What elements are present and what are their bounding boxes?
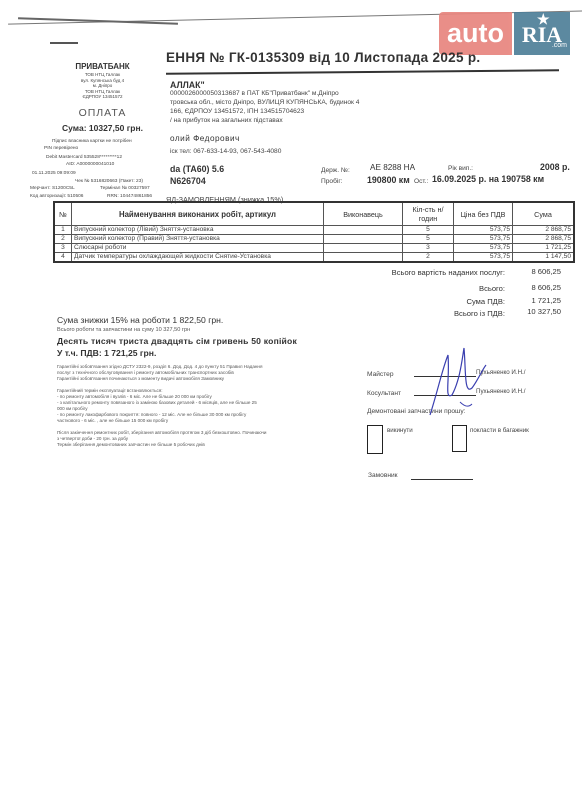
row-no: 2 [54, 235, 72, 244]
ria-domain: .com [552, 23, 567, 69]
last-visit-label: Ост.: [414, 178, 428, 185]
receipt-sum: Сума: 10327,50 грн. [40, 122, 165, 134]
mileage-value: 190800 км [367, 175, 410, 185]
discount-summary: Сума знижки 15% на роботи 1 822,50 грн. [57, 315, 223, 325]
receipt-address-5: ЄДРПОУ 13451572 [40, 94, 165, 100]
row-name: Випускний колектор (Правий) Зняття-устан… [72, 235, 324, 244]
total-with-vat-value: 10 327,50 [491, 307, 561, 316]
pos-receipt: ПРИВАТБАНК ТОВ НТЦ Галлак вул. Купянська… [40, 62, 165, 134]
row-executor [324, 253, 403, 263]
receipt-card: Debit Mastercard 535528*********12 [46, 155, 122, 160]
client-phone: іск тел: 067-633-14-93, 067-543-4080 [170, 148, 281, 155]
company-bank-account: 0000026000050313687 в ПАТ КБ"Приватбанк"… [170, 90, 339, 97]
star-icon: ★ [537, 0, 550, 44]
col-no: № [54, 202, 72, 226]
row-sum: 1 147,50 [513, 253, 575, 263]
car-vin: N626704 [170, 176, 206, 186]
autoria-watermark-ria: ★ RIA .com [514, 12, 570, 55]
row-name: Датчик температуры охлаждающей жидкости … [72, 253, 324, 263]
row-executor [324, 226, 403, 235]
mileage-label: Пробіг: [321, 178, 343, 185]
row-executor [324, 235, 403, 244]
consultant-label: Косультант [367, 390, 401, 397]
scan-artifact [50, 42, 78, 44]
document-title: ЕННЯ № ГК-0135309 від 10 Листопада 2025 … [166, 50, 480, 65]
row-price: 573,75 [454, 235, 513, 244]
row-name: Слюсарні роботи [72, 244, 324, 253]
trunk-parts-label: покласти в багажник [470, 427, 529, 434]
row-price: 573,75 [454, 226, 513, 235]
customer-label: Замовник [368, 472, 398, 479]
last-visit-value: 16.09.2025 р. на 190758 км [432, 174, 544, 184]
works-table: № Найменування виконаних робіт, артикул … [53, 201, 575, 263]
receipt-rrn: RRN: 104474861856 [107, 194, 152, 199]
receipt-signature-note: Підпис власника картки не потрібен [52, 139, 132, 144]
col-name: Найменування виконаних робіт, артикул [72, 202, 324, 226]
car-model: da (TA60) 5.6 [170, 164, 224, 174]
receipt-aid: AID: A0000000041010 [66, 162, 114, 167]
discard-parts-checkbox[interactable] [367, 425, 383, 454]
customer-signature-line [411, 479, 473, 480]
warranty-terms: Гарантійні зобов'язання згідно ДСТУ 2322… [57, 364, 267, 448]
row-sum: 2 868,75 [513, 226, 575, 235]
company-address: тровська обл., місто Дніпро, ВУЛИЦЯ КУПЯ… [170, 99, 359, 106]
receipt-terminal: Термінал № 00327597 [100, 186, 150, 191]
table-header-row: № Найменування виконаних робіт, артикул … [54, 202, 574, 226]
vat-value: 1 721,25 [491, 296, 561, 305]
receipt-auth-code: Код авторизації: 510506 [30, 194, 83, 199]
row-no: 3 [54, 244, 72, 253]
plate-label: Держ. №: [321, 167, 350, 174]
row-no: 4 [54, 253, 72, 263]
year-value: 2008 р. [540, 162, 570, 172]
row-sum: 1 721,25 [513, 244, 575, 253]
row-qty: 3 [403, 244, 454, 253]
receipt-merchant: Мерчант: S1200C5L [30, 186, 75, 191]
row-price: 573,75 [454, 253, 513, 263]
plate-number: AE 8288 HA [370, 163, 415, 172]
handwritten-signature [420, 340, 500, 420]
master-label: Майстер [367, 371, 394, 378]
total-value: 8 606,25 [491, 283, 561, 292]
year-label: Рік вип.: [448, 165, 473, 172]
parts-total: Всього роботи та запчастини на суму 10 3… [57, 327, 190, 333]
discard-parts-label: викинути [387, 427, 413, 434]
warranty-line: - з капітального ремонту повязаного із з… [57, 400, 267, 406]
services-total-value: 8 606,25 [491, 267, 561, 276]
col-executor: Виконавець [324, 202, 403, 226]
warranty-line: Термін зберігання демонтованих запчастин… [57, 442, 267, 448]
total-in-words: Десять тисяч триста двадцять сім гривень… [57, 336, 297, 346]
row-executor [324, 244, 403, 253]
receipt-bank: ПРИВАТБАНК [40, 62, 165, 72]
table-row: 2Випускний колектор (Правий) Зняття-уста… [54, 235, 574, 244]
row-qty: 5 [403, 235, 454, 244]
company-tax-ids: 166, ЄДРПОУ 13451572, ІПН 134515704623 [170, 108, 304, 115]
col-sum: Сума [513, 202, 575, 226]
receipt-pin-note: PIN перевірено [44, 146, 78, 151]
company-name: АЛЛАК" [170, 80, 205, 90]
row-name: Випускний колектор (Лівий) Зняття-устано… [72, 226, 324, 235]
col-qty: Кіл-сть н/годин [403, 202, 454, 226]
vat-summary: У т.ч. ПДВ: 1 721,25 грн. [57, 348, 156, 358]
row-sum: 2 868,75 [513, 235, 575, 244]
client-name: олий Федорович [170, 134, 240, 143]
col-price: Ціна без ПДВ [454, 202, 513, 226]
row-qty: 2 [403, 253, 454, 263]
receipt-check-no: Чек № 5316820663 (Пакет: 23) [75, 179, 143, 184]
autoria-watermark-auto: auto [439, 12, 512, 55]
row-no: 1 [54, 226, 72, 235]
company-tax-status: / на прибуток на загальних підставах [170, 117, 283, 124]
services-total-label: Всього вартість наданих послуг: [330, 268, 505, 277]
table-row: 4Датчик температуры охлаждающей жидкости… [54, 253, 574, 263]
table-row: 3Слюсарні роботи3573,751 721,25 [54, 244, 574, 253]
table-row: 1Випускний колектор (Лівий) Зняття-устан… [54, 226, 574, 235]
title-underline [166, 69, 559, 74]
trunk-parts-checkbox[interactable] [452, 425, 467, 452]
row-price: 573,75 [454, 244, 513, 253]
receipt-payment-label: ОПЛАТА [40, 106, 165, 120]
receipt-datetime: 01.11.2025 09:09:09 [32, 171, 76, 176]
total-with-vat-label: Всього із ПДВ: [400, 309, 505, 318]
row-qty: 5 [403, 226, 454, 235]
